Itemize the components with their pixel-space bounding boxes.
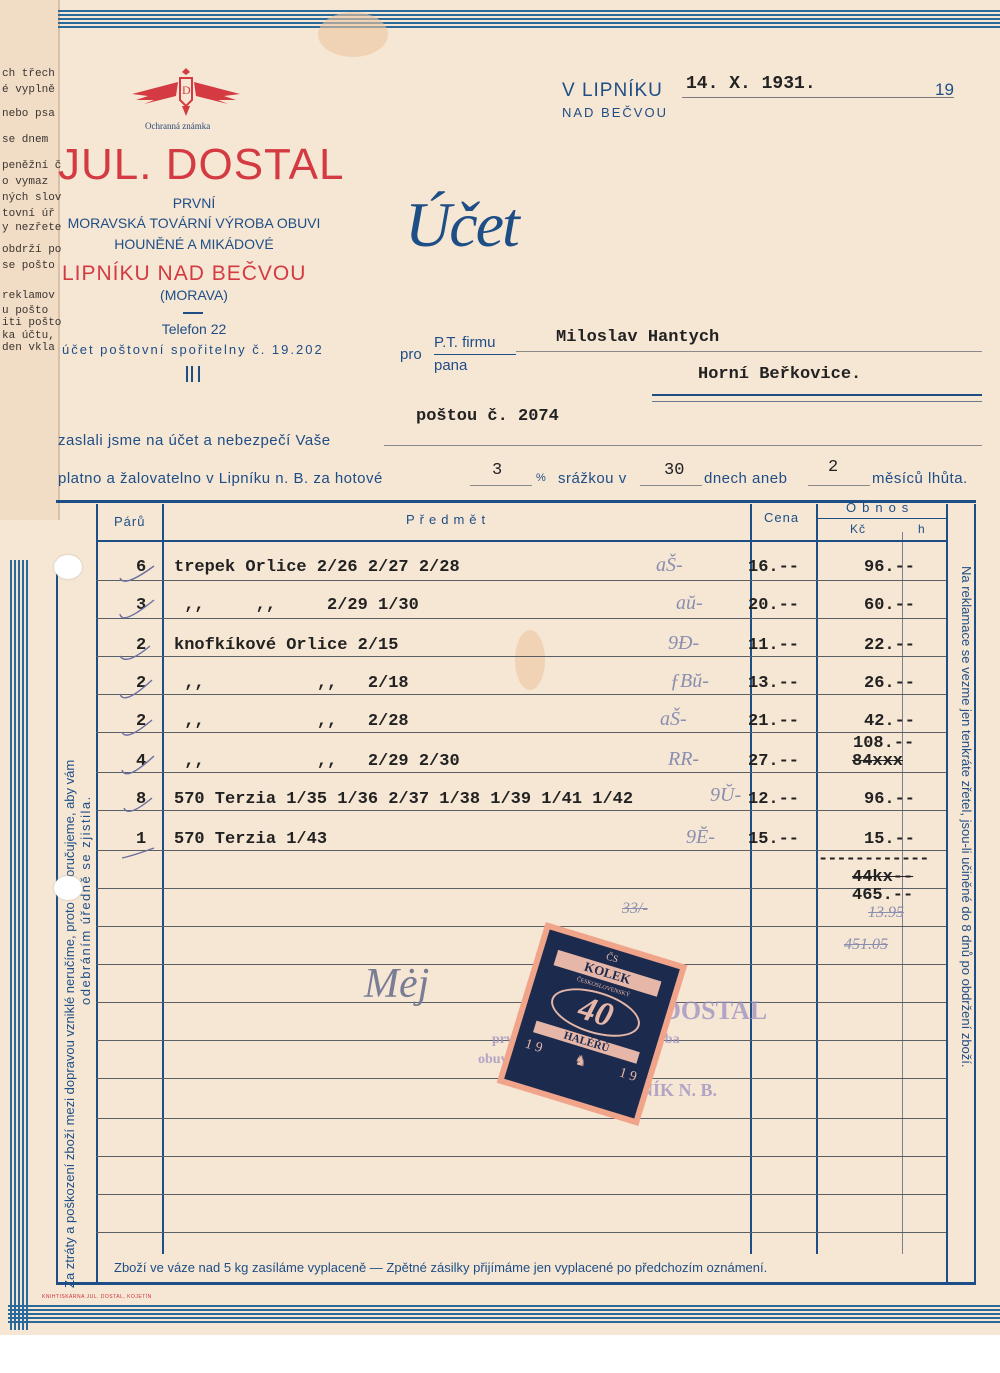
row-handwritten-note: aŠ- xyxy=(656,554,683,577)
recipient-double-line xyxy=(652,394,982,402)
row-handwritten-note: aŠ- xyxy=(660,708,687,731)
terms-label-end: měsíců lhůta. xyxy=(872,470,968,487)
pencil-note: 451.05 xyxy=(844,936,888,954)
row-price: 21.-- xyxy=(748,712,799,731)
pro-label: pro xyxy=(400,346,422,363)
flap-line: se dnem xyxy=(2,134,48,146)
header-price: Cena xyxy=(764,510,799,525)
tagline-manufacture: MORAVSKÁ TOVÁRNÍ VÝROBA OBUVI xyxy=(54,215,334,231)
percent-sign: % xyxy=(536,472,546,484)
months-value: 2 xyxy=(828,458,838,477)
row-handwritten-note: 9Ĕ- xyxy=(686,826,715,849)
row-handwritten-note: RR- xyxy=(668,748,699,771)
invoice-table: Párů Předmět Cena Obnos Kč h 6 trepek Or… xyxy=(96,500,976,1286)
liability-note-2: odebráním úředně se zjistila. xyxy=(78,795,93,1005)
row-item: knofkíkové Orlice 2/15 xyxy=(174,636,398,655)
header-item: Předmět xyxy=(406,512,490,527)
row-rule xyxy=(96,964,946,965)
row-item: ,, ,, 2/18 xyxy=(174,674,409,693)
recipient-name: Miloslav Hantych xyxy=(556,328,719,347)
terms-label-days: srážkou v xyxy=(558,470,627,487)
row-handwritten-note: 9Ŭ- xyxy=(710,784,741,807)
flap-line: tovní úř xyxy=(2,208,55,220)
paper-stain xyxy=(318,12,388,57)
row-price: 11.-- xyxy=(748,636,799,655)
row-amount: 108.-- xyxy=(853,734,914,753)
flap-line: nebo psa xyxy=(2,108,55,120)
subtotal-struck: 44kx-- xyxy=(852,868,913,887)
liability-note: Za ztráty a poškození zboží mezi dopravo… xyxy=(62,760,77,1288)
row-price: 20.-- xyxy=(748,596,799,615)
punch-hole xyxy=(54,876,82,900)
row-price: 12.-- xyxy=(748,790,799,809)
flap-line: iti pošto xyxy=(2,317,61,329)
divider xyxy=(183,312,203,314)
col-rule xyxy=(750,504,752,1254)
row-rule xyxy=(96,1194,946,1195)
recipient-location: Horní Beřkovice. xyxy=(698,365,861,384)
flap-line: é vyplně xyxy=(2,84,55,96)
months-line xyxy=(808,485,870,486)
recipient-line xyxy=(516,351,982,352)
days-value: 30 xyxy=(664,461,684,480)
row-rule xyxy=(96,1118,946,1119)
sent-line xyxy=(384,445,982,446)
col-rule xyxy=(162,504,164,1254)
company-phone: Telefon 22 xyxy=(54,321,334,337)
bottom-border xyxy=(8,1305,1000,1329)
table-bottom-rule xyxy=(56,1282,976,1285)
footer-note: Zboží ve váze nad 5 kg zasíláme vyplacen… xyxy=(114,1260,767,1275)
company-city: LIPNÍKU NAD BEČVOU xyxy=(62,262,306,286)
row-item: 570 Terzia 1/35 1/36 2/37 1/38 1/39 1/41… xyxy=(174,790,633,809)
invoice-paper: ch třech é vyplně nebo psa se dnem peněž… xyxy=(0,0,1000,1335)
flap-line: peněžní č xyxy=(2,160,61,172)
header-amount: Obnos xyxy=(846,500,914,515)
header-rule xyxy=(96,540,946,542)
discount-line xyxy=(470,485,532,486)
days-line xyxy=(640,485,702,486)
eagle-logo-icon: D xyxy=(130,64,242,116)
invoice-date: 14. X. 1931. xyxy=(686,74,816,94)
lion-icon: ♞ xyxy=(572,1052,589,1072)
left-border xyxy=(8,560,30,1330)
row-item: ,, ,, 2/29 2/30 xyxy=(174,752,460,771)
row-price: 15.-- xyxy=(748,830,799,849)
flap-line: den vkla xyxy=(2,342,55,354)
stamp-year-left: 1 9 xyxy=(523,1037,545,1058)
row-handwritten-note: aŭ- xyxy=(676,592,703,615)
year-prefix: 19 xyxy=(935,80,954,100)
invoice-total: 465.-- xyxy=(852,886,913,905)
row-item: 570 Terzia 1/43 xyxy=(174,830,327,849)
row-rule xyxy=(96,772,946,773)
place-label: V LIPNÍKU xyxy=(562,80,663,102)
row-price: 13.-- xyxy=(748,674,799,693)
flap-line: y nezřete xyxy=(2,222,61,234)
checkmark-icon xyxy=(116,564,156,884)
row-rule xyxy=(96,1232,946,1233)
row-rule xyxy=(96,810,946,811)
amount-subheader-rule xyxy=(816,518,946,519)
right-outer-rule xyxy=(974,504,976,1284)
flap-line: ka účtu, xyxy=(2,330,55,342)
place-label-2: NAD BEČVOU xyxy=(562,105,668,120)
top-border xyxy=(58,10,1000,32)
row-item: ,, ,, 2/29 1/30 xyxy=(174,596,419,615)
row-amount-struck: 84xxx xyxy=(852,752,903,771)
svg-text:D: D xyxy=(182,83,191,97)
row-amount: 26.-- xyxy=(864,674,915,693)
printer-imprint: KNIHTISKÁRNA JUL. DOSTAL, KOJETÍN xyxy=(42,1294,152,1300)
label-divider xyxy=(434,354,516,355)
flap-line: se pošto xyxy=(2,260,55,272)
flap-line: u pošto xyxy=(2,305,48,317)
header-amount-kc: Kč xyxy=(850,522,866,536)
firm-label: P.T. firmu xyxy=(434,334,495,351)
folded-flap: ch třech é vyplně nebo psa se dnem peněž… xyxy=(0,0,60,520)
side-note-left-rule xyxy=(56,560,58,1284)
row-item: trepek Orlice 2/26 2/27 2/28 xyxy=(174,558,460,577)
pencil-note: 13.95 xyxy=(868,904,904,922)
date-line xyxy=(682,97,954,98)
flap-line: o vymaz xyxy=(2,176,48,188)
tagline-products: HOUNĚNÉ A MIKÁDOVÉ xyxy=(54,236,334,252)
discount-value: 3 xyxy=(492,461,502,480)
header-amount-h: h xyxy=(918,522,926,536)
document-title: Účet xyxy=(405,188,518,262)
col-rule xyxy=(96,504,98,1284)
punch-hole xyxy=(54,555,82,579)
row-rule xyxy=(96,732,946,733)
flap-line: reklamov xyxy=(2,290,55,302)
row-price: 16.-- xyxy=(748,558,799,577)
total-separator: ------------ xyxy=(818,850,928,869)
row-amount: 15.-- xyxy=(864,830,915,849)
row-amount: 22.-- xyxy=(864,636,915,655)
stamp-year-right: 1 9 xyxy=(617,1065,639,1086)
row-rule xyxy=(96,618,946,619)
shipping-method: poštou č. 2074 xyxy=(416,407,559,426)
complaints-note: Na reklamace se vezme jen tenkráte zřete… xyxy=(959,566,974,1068)
row-amount: 42.-- xyxy=(864,712,915,731)
terms-label-months: dnech aneb xyxy=(704,470,787,487)
row-rule xyxy=(96,1156,946,1157)
row-amount: 96.-- xyxy=(864,790,915,809)
signature: Mėj xyxy=(364,960,429,1008)
flap-line: ch třech xyxy=(2,68,55,80)
postal-account: účet poštovní spořitelny č. 19.202 xyxy=(62,342,324,357)
row-handwritten-note: 9Ð- xyxy=(668,632,699,655)
flap-line: ných slov xyxy=(2,192,61,204)
sent-label: zaslali jsme na účet a nebezpečí Vaše xyxy=(58,432,331,449)
triple-bar-icon xyxy=(186,366,200,382)
tagline-first: PRVNÍ xyxy=(54,195,334,211)
trademark-label: Ochranná známka xyxy=(145,121,210,131)
row-price: 27.-- xyxy=(748,752,799,771)
company-region: (MORAVA) xyxy=(54,287,334,303)
row-rule xyxy=(96,580,946,581)
col-rule xyxy=(946,504,948,1284)
row-amount: 60.-- xyxy=(864,596,915,615)
row-item: ,, ,, 2/28 xyxy=(174,712,409,731)
row-rule xyxy=(96,694,946,695)
col-rule xyxy=(816,504,818,1254)
row-rule xyxy=(96,888,946,889)
person-label: pana xyxy=(434,357,467,374)
terms-label: platno a žalovatelno v Lipníku n. B. za … xyxy=(58,470,383,487)
pencil-note: 33/- xyxy=(622,900,648,918)
row-rule xyxy=(96,656,946,657)
row-handwritten-note: ƒBŭ- xyxy=(670,670,709,693)
header-pairs: Párů xyxy=(114,514,145,529)
row-rule xyxy=(96,926,946,927)
company-name: JUL. DOSTAL xyxy=(58,140,344,190)
row-amount: 96.-- xyxy=(864,558,915,577)
flap-line: obdrží po xyxy=(2,244,61,256)
table-top-rule xyxy=(56,500,976,503)
